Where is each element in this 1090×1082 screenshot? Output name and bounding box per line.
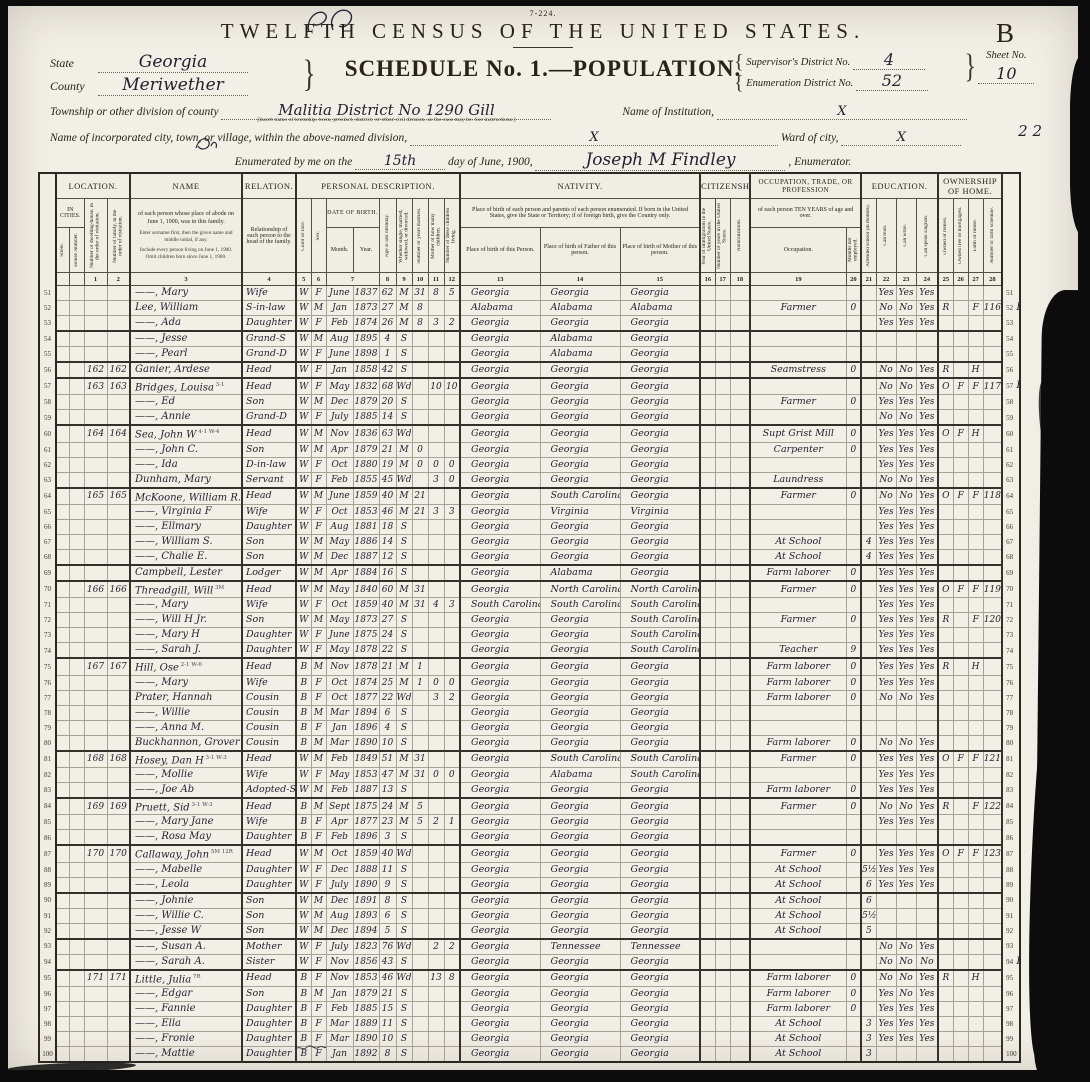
street-cell — [56, 923, 69, 939]
can-read-cell: Yes — [876, 658, 896, 675]
children-living-cell — [444, 1016, 460, 1031]
farm-house-cell — [968, 410, 983, 426]
house-number-cell — [69, 908, 84, 923]
birthplace-cell: Georgia — [460, 830, 540, 846]
row-number-right: 94 D — [1002, 954, 1020, 970]
farm-schedule-cell — [983, 504, 1002, 519]
can-speak-english-cell — [916, 1046, 938, 1062]
row-number-right: 95 — [1002, 970, 1020, 987]
birth-month-cell: July — [326, 939, 353, 955]
dwelling-number-cell — [84, 472, 107, 488]
table-row: 96——, EdgarSonBMJan187921SGeorgiaGeorgia… — [39, 986, 1020, 1001]
enumerated-pre: Enumerated by me on the — [235, 156, 353, 168]
years-in-us-cell — [715, 690, 730, 705]
owned-rented-cell: R — [938, 658, 953, 675]
row-number-right: 91 — [1002, 908, 1020, 923]
page-title: TWELFTH CENSUS OF THE UNITED STATES. — [8, 19, 1078, 44]
left-margin-column — [39, 173, 56, 286]
years-married-cell: 31 — [412, 751, 428, 768]
relation-cell: Adopted-S — [242, 782, 296, 798]
farm-house-cell — [968, 675, 983, 690]
immigration-year-cell — [700, 331, 715, 347]
row-number-right: 85 — [1002, 815, 1020, 830]
table-row: 53——, AdaDaughterWFFeb187426M832GeorgiaG… — [39, 316, 1020, 332]
relation-cell: Son — [242, 908, 296, 923]
farm-schedule-cell — [983, 735, 1002, 751]
months-not-employed-cell: 0 — [846, 581, 861, 598]
can-write-cell: Yes — [896, 549, 916, 565]
birth-month-cell: May — [326, 534, 353, 549]
farm-schedule-cell — [983, 286, 1002, 301]
can-read-cell — [876, 1046, 896, 1062]
dwelling-number-cell — [84, 613, 107, 628]
row-number-right: 88 — [1002, 862, 1020, 877]
attended-school-cell — [861, 488, 876, 505]
family-number-cell — [107, 690, 130, 705]
naturalization-cell — [730, 1046, 750, 1062]
marital-cell: S — [396, 549, 412, 565]
months-not-employed-header: Months not employed. — [846, 228, 861, 273]
can-write-cell: No — [896, 301, 916, 316]
marital-cell: S — [396, 986, 412, 1001]
dwelling-number-cell — [84, 923, 107, 939]
owned-free-cell — [953, 504, 968, 519]
can-speak-english-cell: Yes — [916, 457, 938, 472]
naturalization-cell — [730, 877, 750, 893]
years-married-header: Number of years married. — [412, 199, 428, 273]
years-in-us-cell — [715, 751, 730, 768]
name-cell: ——, Jesse W — [130, 923, 242, 939]
years-in-us-cell — [715, 705, 730, 720]
age-cell: 46 — [379, 504, 396, 519]
row-number-right: 100 — [1002, 1046, 1020, 1062]
mother-of-children-cell — [428, 782, 444, 798]
owned-rented-cell: R — [938, 301, 953, 316]
birthplace-cell: Georgia — [460, 488, 540, 505]
owned-free-cell — [953, 457, 968, 472]
family-number-cell: 170 — [107, 845, 130, 862]
table-row: 85——, Mary JaneWifeBFApr187723M521Georgi… — [39, 815, 1020, 830]
attended-school-cell — [861, 658, 876, 675]
family-number-cell — [107, 549, 130, 565]
father-birthplace-cell: Georgia — [540, 378, 620, 395]
farm-schedule-cell — [983, 893, 1002, 909]
months-not-employed-cell: 0 — [846, 751, 861, 768]
mother-of-children-cell — [428, 301, 444, 316]
mother-of-children-cell — [428, 923, 444, 939]
farm-house-cell: F — [968, 798, 983, 815]
father-birthplace-cell: Georgia — [540, 705, 620, 720]
table-row: 69Campbell, LesterLodgerWMApr188416SGeor… — [39, 565, 1020, 581]
house-number-cell — [69, 504, 84, 519]
naturalization-header: Naturalization. — [730, 199, 750, 273]
age-cell: 14 — [379, 410, 396, 426]
row-number-left: 98 — [39, 1016, 56, 1031]
dwelling-number-cell: 162 — [84, 362, 107, 378]
occupation-cell — [750, 628, 846, 643]
can-write-cell: Yes — [896, 565, 916, 581]
mother-birthplace-cell: Georgia — [620, 395, 700, 410]
column-number: 22 — [876, 273, 896, 286]
owned-free-cell: F — [953, 845, 968, 862]
birth-year-cell: 1884 — [353, 565, 379, 581]
row-number-left: 90 — [39, 893, 56, 909]
marital-cell: Wd — [396, 378, 412, 395]
owned-rented-cell: O — [938, 378, 953, 395]
family-number-cell — [107, 954, 130, 970]
owned-rented-cell — [938, 519, 953, 534]
family-number-cell — [107, 908, 130, 923]
can-read-cell — [876, 705, 896, 720]
months-not-employed-cell — [846, 598, 861, 613]
dwelling-number-cell: 163 — [84, 378, 107, 395]
color-race-cell: W — [296, 472, 311, 488]
table-row: 91——, Willie C.SonWMAug18936SGeorgiaGeor… — [39, 908, 1020, 923]
family-number-cell — [107, 410, 130, 426]
years-married-cell: 0 — [412, 457, 428, 472]
row-number-right: 90 — [1002, 893, 1020, 909]
naturalization-cell — [730, 395, 750, 410]
years-married-cell — [412, 893, 428, 909]
occupation-cell: At School — [750, 893, 846, 909]
house-number-cell — [69, 628, 84, 643]
years-in-us-cell — [715, 720, 730, 735]
row-number-left: 97 — [39, 1001, 56, 1016]
age-cell: 22 — [379, 690, 396, 705]
owned-free-cell — [953, 798, 968, 815]
relation-cell: Head — [242, 425, 296, 442]
children-living-cell — [444, 534, 460, 549]
attended-school-cell: 5 — [861, 923, 876, 939]
can-write-cell: Yes — [896, 782, 916, 798]
birthplace-cell: Georgia — [460, 643, 540, 659]
naturalization-cell — [730, 845, 750, 862]
dwelling-number-cell: 164 — [84, 425, 107, 442]
color-race-cell: W — [296, 378, 311, 395]
row-number-left: 72 — [39, 613, 56, 628]
street-cell — [56, 1031, 69, 1046]
months-not-employed-cell — [846, 534, 861, 549]
house-number-cell — [69, 549, 84, 565]
color-race-cell: B — [296, 798, 311, 815]
owned-free-cell — [953, 331, 968, 347]
birth-year-cell: 1874 — [353, 316, 379, 332]
father-birthplace-cell: Georgia — [540, 690, 620, 705]
birth-year-cell: 1889 — [353, 1016, 379, 1031]
farm-schedule-cell — [983, 519, 1002, 534]
age-cell: 62 — [379, 286, 396, 301]
row-number-left: 76 — [39, 675, 56, 690]
occupation-cell — [750, 720, 846, 735]
months-not-employed-cell: 0 — [846, 301, 861, 316]
row-number-right: 65 — [1002, 504, 1020, 519]
row-number-left: 64 — [39, 488, 56, 505]
birth-month-cell: Jan — [326, 986, 353, 1001]
mother-birthplace-cell: Georgia — [620, 705, 700, 720]
farm-house-cell — [968, 923, 983, 939]
birth-month-header: Month. — [326, 228, 353, 273]
color-race-cell: W — [296, 316, 311, 332]
farm-house-cell — [968, 565, 983, 581]
children-living-cell — [444, 442, 460, 457]
birthplace-cell: South Carolina — [460, 598, 540, 613]
marital-cell: S — [396, 331, 412, 347]
owned-rented-cell — [938, 675, 953, 690]
row-number-right: 54 — [1002, 331, 1020, 347]
birthplace-cell: Georgia — [460, 581, 540, 598]
sex-cell: F — [311, 815, 326, 830]
house-number-cell — [69, 425, 84, 442]
farm-house-cell — [968, 954, 983, 970]
farm-schedule-cell: 123 — [983, 845, 1002, 862]
can-speak-english-cell: Yes — [916, 565, 938, 581]
attended-school-cell — [861, 598, 876, 613]
mother-of-children-cell — [428, 331, 444, 347]
in-cities-header: IN CITIES. — [56, 199, 84, 228]
row-number-right: 77 — [1002, 690, 1020, 705]
can-speak-english-cell: Yes — [916, 442, 938, 457]
occupation-cell: Teacher — [750, 643, 846, 659]
years-married-cell — [412, 549, 428, 565]
can-write-cell: Yes — [896, 613, 916, 628]
color-race-header: Color or race. — [296, 199, 311, 273]
table-row: 75167167Hill, Ose 2-1 W-6HeadBMNov187821… — [39, 658, 1020, 675]
children-living-cell — [444, 1046, 460, 1062]
can-read-cell — [876, 720, 896, 735]
dwelling-number-cell — [84, 628, 107, 643]
can-write-cell: Yes — [896, 815, 916, 830]
street-cell — [56, 798, 69, 815]
can-read-cell: Yes — [876, 316, 896, 332]
years-married-cell — [412, 519, 428, 534]
birth-year-cell: 1885 — [353, 410, 379, 426]
relation-cell: D-in-law — [242, 457, 296, 472]
can-read-cell — [876, 830, 896, 846]
mother-of-children-cell — [428, 986, 444, 1001]
row-number-right: 73 — [1002, 628, 1020, 643]
marital-cell: M — [396, 767, 412, 782]
supervisor-district-label: Supervisor's District No. — [746, 57, 850, 68]
family-number-cell — [107, 1046, 130, 1062]
birth-month-cell: Feb — [326, 830, 353, 846]
house-number-cell — [69, 534, 84, 549]
name-cell: ——, William S. — [130, 534, 242, 549]
marital-cell: S — [396, 410, 412, 426]
mother-birthplace-cell: Georgia — [620, 954, 700, 970]
mother-of-children-cell — [428, 893, 444, 909]
farm-house-cell: H — [968, 425, 983, 442]
mother-of-children-cell — [428, 877, 444, 893]
months-not-employed-cell — [846, 457, 861, 472]
row-number-left: 100 — [39, 1046, 56, 1062]
birthplace-cell: Georgia — [460, 534, 540, 549]
color-race-cell: W — [296, 845, 311, 862]
name-cell: ——, Rosa May — [130, 830, 242, 846]
column-number: 13 — [460, 273, 540, 286]
sex-cell: M — [311, 908, 326, 923]
color-race-cell: B — [296, 1016, 311, 1031]
marital-cell: S — [396, 534, 412, 549]
marital-cell: S — [396, 954, 412, 970]
naturalization-cell — [730, 286, 750, 301]
column-number: 7 — [326, 273, 379, 286]
dwelling-number-cell — [84, 986, 107, 1001]
attended-school-cell: 6 — [861, 893, 876, 909]
relation-cell: Daughter — [242, 830, 296, 846]
children-living-cell: 2 — [444, 690, 460, 705]
immigration-year-cell — [700, 425, 715, 442]
table-row: 88——, MabelleDaughterWFDec188811SGeorgia… — [39, 862, 1020, 877]
can-write-cell: Yes — [896, 286, 916, 301]
birth-month-cell: Jan — [326, 1046, 353, 1062]
row-number-left: 81 — [39, 751, 56, 768]
relation-cell: Son — [242, 395, 296, 410]
name-cell: ——, Willie C. — [130, 908, 242, 923]
farm-house-cell — [968, 316, 983, 332]
mother-of-children-cell — [428, 1046, 444, 1062]
house-number-cell — [69, 690, 84, 705]
can-read-cell: Yes — [876, 1031, 896, 1046]
can-speak-english-cell: Yes — [916, 751, 938, 768]
mother-of-children-cell — [428, 613, 444, 628]
occupation-cell: Farmer — [750, 751, 846, 768]
sex-cell: F — [311, 862, 326, 877]
mother-of-children-cell — [428, 751, 444, 768]
can-read-cell: No — [876, 301, 896, 316]
marital-cell: S — [396, 362, 412, 378]
birth-year-cell: 1890 — [353, 1031, 379, 1046]
owned-free-cell — [953, 1001, 968, 1016]
sex-cell: F — [311, 362, 326, 378]
sex-cell: M — [311, 735, 326, 751]
house-number-cell — [69, 613, 84, 628]
marital-cell: M — [396, 316, 412, 332]
birthplace-cell: Georgia — [460, 286, 540, 301]
occupation-cell: Farm laborer — [750, 1001, 846, 1016]
row-number-left: 74 — [39, 643, 56, 659]
years-married-cell — [412, 395, 428, 410]
age-cell: 10 — [379, 735, 396, 751]
row-number-right: 66 — [1002, 519, 1020, 534]
can-write-cell: No — [896, 798, 916, 815]
years-married-cell: 1 — [412, 675, 428, 690]
mother-birthplace-cell: South Carolina — [620, 751, 700, 768]
column-number: 11 — [428, 273, 444, 286]
street-cell — [56, 331, 69, 347]
months-not-employed-cell: 0 — [846, 798, 861, 815]
row-number-left: 60 — [39, 425, 56, 442]
age-cell: 16 — [379, 565, 396, 581]
birth-year-cell: 1894 — [353, 705, 379, 720]
years-in-us-cell — [715, 472, 730, 488]
birthplace-cell: Georgia — [460, 954, 540, 970]
table-header: LOCATION. NAME RELATION. PERSONAL DESCRI… — [39, 173, 1020, 286]
mother-of-children-cell — [428, 1031, 444, 1046]
table-row: 51——, MaryWifeWFJune183762M3185GeorgiaGe… — [39, 286, 1020, 301]
occupation-cell: Laundress — [750, 472, 846, 488]
row-number-left: 73 — [39, 628, 56, 643]
row-number-left: 86 — [39, 830, 56, 846]
mother-of-children-cell: 3 — [428, 316, 444, 332]
mother-of-children-cell — [428, 442, 444, 457]
months-not-employed-cell: 0 — [846, 362, 861, 378]
street-cell — [56, 782, 69, 798]
owned-free-cell — [953, 1031, 968, 1046]
years-in-us-cell — [715, 877, 730, 893]
mother-of-children-cell: 2 — [428, 815, 444, 830]
occupation-cell: Farm laborer — [750, 735, 846, 751]
street-cell — [56, 425, 69, 442]
mother-birthplace-cell: Georgia — [620, 519, 700, 534]
can-speak-english-cell: Yes — [916, 395, 938, 410]
table-row: 80Buckhannon, GroverCousinBMMar189010SGe… — [39, 735, 1020, 751]
row-number-left: 69 — [39, 565, 56, 581]
family-number-cell: 162 — [107, 362, 130, 378]
children-living-cell — [444, 845, 460, 862]
years-married-cell: 31 — [412, 598, 428, 613]
birthplace-cell: Georgia — [460, 395, 540, 410]
family-number-cell: 169 — [107, 798, 130, 815]
occupation-cell: Carpenter — [750, 442, 846, 457]
relation-cell: Wife — [242, 815, 296, 830]
months-not-employed-cell — [846, 316, 861, 332]
row-number-right: 99 — [1002, 1031, 1020, 1046]
can-speak-english-cell: Yes — [916, 782, 938, 798]
immigration-year-cell — [700, 705, 715, 720]
attended-school-cell: 4 — [861, 534, 876, 549]
dwelling-number-cell — [84, 598, 107, 613]
naturalization-cell — [730, 442, 750, 457]
years-married-cell: 5 — [412, 815, 428, 830]
marital-cell: S — [396, 1016, 412, 1031]
color-race-cell: W — [296, 908, 311, 923]
relation-cell: Daughter — [242, 1046, 296, 1062]
family-number-cell — [107, 923, 130, 939]
table-row: 68——, Chalie E.SonWMDec188712SGeorgiaGeo… — [39, 549, 1020, 565]
months-not-employed-cell — [846, 504, 861, 519]
father-birthplace-cell: Georgia — [540, 893, 620, 909]
table-row: 78——, WillieCousinBMMar18946SGeorgiaGeor… — [39, 705, 1020, 720]
birth-month-cell: Feb — [326, 751, 353, 768]
can-write-cell: No — [896, 488, 916, 505]
birth-year-cell: 1874 — [353, 675, 379, 690]
years-married-cell — [412, 534, 428, 549]
farm-schedule-cell — [983, 643, 1002, 659]
owned-free-cell: F — [953, 751, 968, 768]
birth-month-cell: Dec — [326, 395, 353, 410]
age-cell: 68 — [379, 378, 396, 395]
color-race-cell: W — [296, 782, 311, 798]
owned-rented-cell — [938, 735, 953, 751]
dwelling-number-cell: 167 — [84, 658, 107, 675]
relation-cell: Son — [242, 442, 296, 457]
occupation-cell: Farmer — [750, 581, 846, 598]
immigration-year-cell — [700, 316, 715, 332]
mother-birthplace-cell: South Carolina — [620, 643, 700, 659]
can-write-cell — [896, 923, 916, 939]
birthplace-cell: Georgia — [460, 613, 540, 628]
can-write-cell: Yes — [896, 877, 916, 893]
occupation-cell — [750, 519, 846, 534]
dwelling-number-header: Number of dwelling-house, in the order o… — [84, 199, 107, 273]
farm-house-cell — [968, 643, 983, 659]
owned-rented-cell — [938, 504, 953, 519]
mother-of-children-cell — [428, 488, 444, 505]
family-number-cell: 168 — [107, 751, 130, 768]
house-number-cell — [69, 751, 84, 768]
owned-rented-cell — [938, 549, 953, 565]
years-married-cell: 0 — [412, 442, 428, 457]
